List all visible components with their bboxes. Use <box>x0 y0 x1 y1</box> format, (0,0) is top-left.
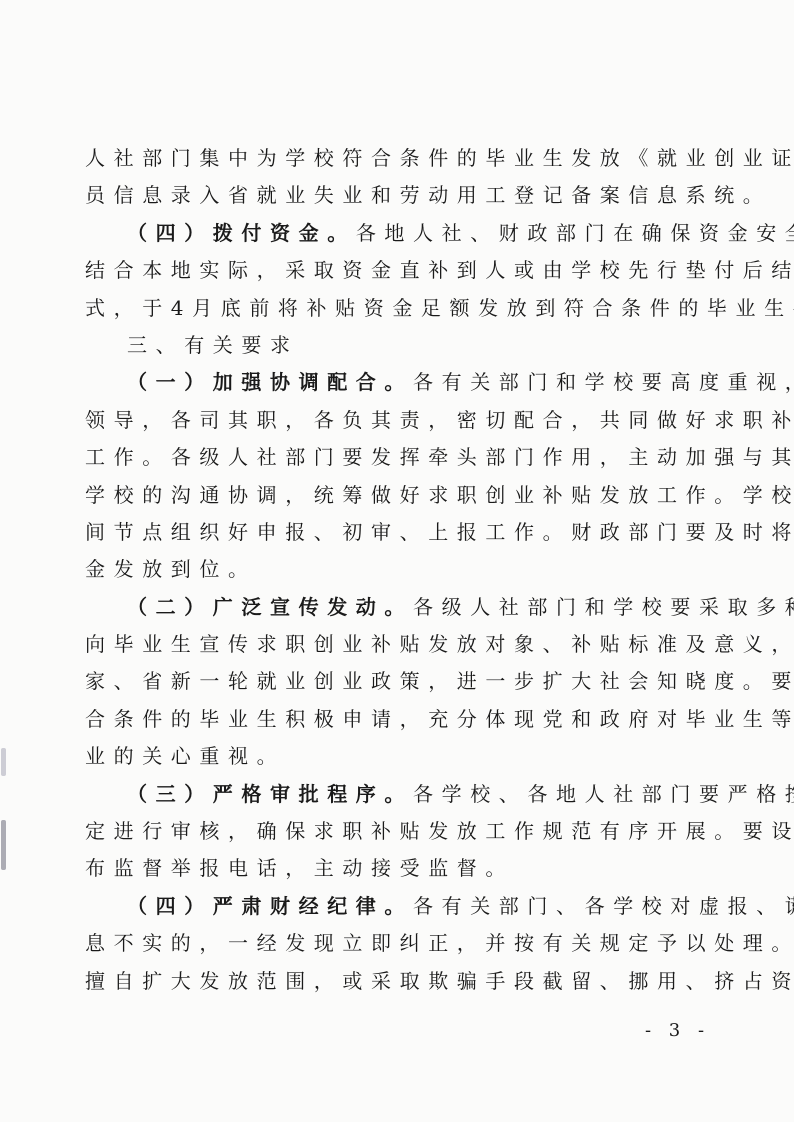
line-text: 工作。各级人社部门要发挥牵头部门作用，主动加强与其他部门、 <box>85 445 794 469</box>
line-text: 定进行审核，确保求职补贴发放工作规范有序开展。要设立并公 <box>85 819 794 843</box>
document-page: 人社部门集中为学校符合条件的毕业生发放《就业创业证》，并将人员信息录入省就业失业… <box>0 0 794 1122</box>
line-text: 金发放到位。 <box>85 557 257 581</box>
line-text: 各有关部门、各学校对虚报、谎报、信 <box>413 894 794 918</box>
section-heading: （四）拨付资金。 <box>127 221 356 245</box>
text-line: 人社部门集中为学校符合条件的毕业生发放《就业创业证》，并将人 <box>85 140 695 177</box>
text-line: 间节点组织好申报、初审、上报工作。财政部门要及时将补贴资 <box>85 514 695 551</box>
text-line: 员信息录入省就业失业和劳动用工登记备案信息系统。 <box>85 177 695 214</box>
line-text: 擅自扩大发放范围，或采取欺骗手段截留、挪用、挤占资金的，要依 <box>85 969 794 993</box>
text-line: 学校的沟通协调，统筹做好求职创业补贴发放工作。学校要按时 <box>85 477 695 514</box>
text-line: 领导，各司其职，各负其责，密切配合，共同做好求职补贴发放 <box>85 402 695 439</box>
page-number: - 3 - <box>645 1020 710 1041</box>
line-text: 学校的沟通协调，统筹做好求职创业补贴发放工作。学校要按时 <box>85 483 794 507</box>
text-line: （三）严格审批程序。各学校、各地人社部门要严格按照规 <box>85 776 695 813</box>
section-heading: （四）严肃财经纪律。 <box>127 894 413 918</box>
line-text: 向毕业生宣传求职创业补贴发放对象、补贴标准及意义，宣传国 <box>85 632 794 656</box>
line-text: 布监督举报电话，主动接受监督。 <box>85 856 514 880</box>
line-text: 家、省新一轮就业创业政策，进一步扩大社会知晓度。要引导符 <box>85 669 794 693</box>
line-text: 各地人社、财政部门在确保资金安全情况下， <box>356 221 794 245</box>
line-text: 各学校、各地人社部门要严格按照规 <box>413 782 794 806</box>
line-text: 各级人社部门和学校要采取多种形式， <box>413 595 794 619</box>
text-line: 金发放到位。 <box>85 551 695 588</box>
text-line: （一）加强协调配合。各有关部门和学校要高度重视，加强 <box>85 364 695 401</box>
line-text: 结合本地实际，采取资金直补到人或由学校先行垫付后结算等方 <box>85 258 794 282</box>
line-text: 员信息录入省就业失业和劳动用工登记备案信息系统。 <box>85 183 771 207</box>
text-line: （四）拨付资金。各地人社、财政部门在确保资金安全情况下， <box>85 215 695 252</box>
text-line: 定进行审核，确保求职补贴发放工作规范有序开展。要设立并公 <box>85 813 695 850</box>
line-text: 间节点组织好申报、初审、上报工作。财政部门要及时将补贴资 <box>85 520 794 544</box>
text-line: 式，于4月底前将补贴资金足额发放到符合条件的毕业生手中。 <box>85 290 695 327</box>
section-heading: （二）广泛宣传发动。 <box>127 595 413 619</box>
scan-artifact <box>1 748 6 776</box>
text-line: 向毕业生宣传求职创业补贴发放对象、补贴标准及意义，宣传国 <box>85 626 695 663</box>
line-text: 息不实的，一经发现立即纠正，并按有关规定予以处理。对违反规定 <box>85 931 794 955</box>
line-text: 人社部门集中为学校符合条件的毕业生发放《就业创业证》，并将人 <box>85 146 794 170</box>
document-body: 人社部门集中为学校符合条件的毕业生发放《就业创业证》，并将人员信息录入省就业失业… <box>85 140 695 1000</box>
section-heading: （一）加强协调配合。 <box>127 370 413 394</box>
line-text: 合条件的毕业生积极申请，充分体现党和政府对毕业生等青年就 <box>85 707 794 731</box>
section-heading: （三）严格审批程序。 <box>127 782 413 806</box>
text-line: 三、有关要求 <box>85 327 695 364</box>
scan-artifact <box>1 820 6 870</box>
text-line: （二）广泛宣传发动。各级人社部门和学校要采取多种形式， <box>85 589 695 626</box>
line-text: 式，于4月底前将补贴资金足额发放到符合条件的毕业生手中。 <box>85 296 794 320</box>
text-line: 布监督举报电话，主动接受监督。 <box>85 850 695 887</box>
text-line: 息不实的，一经发现立即纠正，并按有关规定予以处理。对违反规定 <box>85 925 695 962</box>
line-text: 领导，各司其职，各负其责，密切配合，共同做好求职补贴发放 <box>85 408 794 432</box>
line-text: 业的关心重视。 <box>85 744 285 768</box>
text-line: （四）严肃财经纪律。各有关部门、各学校对虚报、谎报、信 <box>85 888 695 925</box>
text-line: 合条件的毕业生积极申请，充分体现党和政府对毕业生等青年就 <box>85 701 695 738</box>
text-line: 擅自扩大发放范围，或采取欺骗手段截留、挪用、挤占资金的，要依 <box>85 963 695 1000</box>
line-text: 三、有关要求 <box>127 333 299 357</box>
text-line: 结合本地实际，采取资金直补到人或由学校先行垫付后结算等方 <box>85 252 695 289</box>
text-line: 家、省新一轮就业创业政策，进一步扩大社会知晓度。要引导符 <box>85 663 695 700</box>
text-line: 工作。各级人社部门要发挥牵头部门作用，主动加强与其他部门、 <box>85 439 695 476</box>
text-line: 业的关心重视。 <box>85 738 695 775</box>
line-text: 各有关部门和学校要高度重视，加强 <box>413 370 794 394</box>
